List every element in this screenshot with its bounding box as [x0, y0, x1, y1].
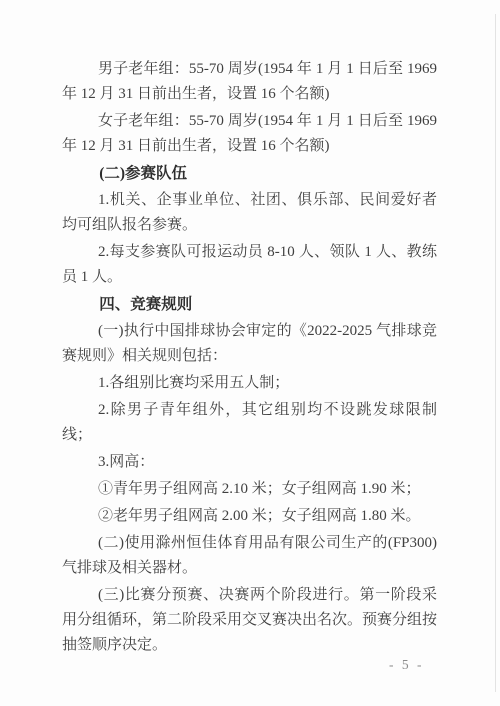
- body-paragraph: 3.网高：: [62, 450, 437, 475]
- body-paragraph: 1.各组别比赛均采用五人制；: [62, 371, 437, 396]
- page-scan-edge-line: [495, 14, 496, 692]
- body-paragraph: (一)执行中国排球协会审定的《2022-2025 气排球竞赛规则》相关规则包括：: [62, 319, 437, 369]
- body-paragraph: 女子老年组：55-70 周岁(1954 年 1 月 1 日后至 1969 年 1…: [62, 109, 437, 159]
- body-paragraph: ①青年男子组网高 2.10 米；女子组网高 1.90 米；: [62, 477, 437, 502]
- document-content: 男子老年组：55-70 周岁(1954 年 1 月 1 日后至 1969 年 1…: [62, 57, 437, 660]
- body-paragraph: (二)使用滁州恒佳体育用品有限公司生产的(FP300)气排球及相关器材。: [62, 531, 437, 581]
- document-page: 男子老年组：55-70 周岁(1954 年 1 月 1 日后至 1969 年 1…: [0, 0, 500, 706]
- body-paragraph: 2.除男子青年组外，其它组别均不设跳发球限制线；: [62, 398, 437, 448]
- body-paragraph: 男子老年组：55-70 周岁(1954 年 1 月 1 日后至 1969 年 1…: [62, 57, 437, 107]
- body-paragraph: (三)比赛分预赛、决赛两个阶段进行。第一阶段采用分组循环，第二阶段采用交叉赛决出…: [62, 583, 437, 658]
- section-heading-participating-teams: (二)参赛队伍: [62, 161, 437, 186]
- body-paragraph: ②老年男子组网高 2.00 米；女子组网高 1.80 米。: [62, 504, 437, 529]
- body-paragraph: 2.每支参赛队可报运动员 8-10 人、领队 1 人、教练员 1 人。: [62, 240, 437, 290]
- section-heading-competition-rules: 四、竞赛规则: [62, 292, 437, 317]
- body-paragraph: 1.机关、企事业单位、社团、俱乐部、民间爱好者均可组队报名参赛。: [62, 188, 437, 238]
- page-number: - 5 -: [389, 657, 424, 673]
